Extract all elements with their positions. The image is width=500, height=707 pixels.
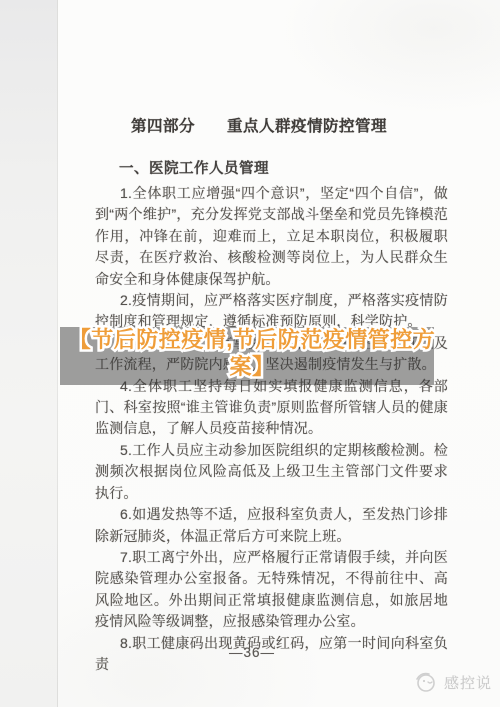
promo-caption-line2: 案】 (57, 353, 447, 380)
paragraph-5: 5.工作人员应主动参加医院组织的定期核酸检测。检测频次根据岗位风险高低及上级卫生… (95, 440, 448, 504)
promo-caption: 【节后防控疫情,节后防范疫情管控方 案】 【节后防控疫情,节后防范疫情管控方 案… (57, 326, 447, 386)
scan-left-margin (0, 0, 57, 707)
paragraph-1: 1.全体职工应增强“四个意识”，坚定“四个自信”，做到“两个维护”，充分发挥党支… (95, 183, 448, 290)
paragraph-7: 7.职工离宁外出，应严格履行正常请假手续，并向医院感染管理办公室报备。无特殊情况… (95, 547, 448, 633)
document-body: 1.全体职工应增强“四个意识”，坚定“四个自信”，做到“两个维护”，充分发挥党支… (95, 183, 448, 675)
promo-caption-text: 【节后防控疫情,节后防范疫情管控方 案】 (57, 326, 447, 380)
paragraph-6: 6.如遇发热等不适，应报科室负责人，至发热门诊排除新冠肺炎，体温正常后方可来院上… (95, 504, 448, 547)
page-title: 第四部分 重点人群疫情防控管理 (58, 114, 460, 136)
promo-caption-line1: 【节后防控疫情,节后防范疫情管控方 (57, 326, 447, 353)
watermark: 感控说 (413, 670, 492, 694)
section-heading: 一、医院工作人员管理 (119, 157, 269, 178)
watermark-label: 感控说 (444, 672, 492, 693)
page-number: —36— (57, 645, 447, 660)
gankongshuo-logo-icon (413, 670, 441, 694)
scanned-document-page: 第四部分 重点人群疫情防控管理 一、医院工作人员管理 1.全体职工应增强“四个意… (0, 0, 500, 707)
